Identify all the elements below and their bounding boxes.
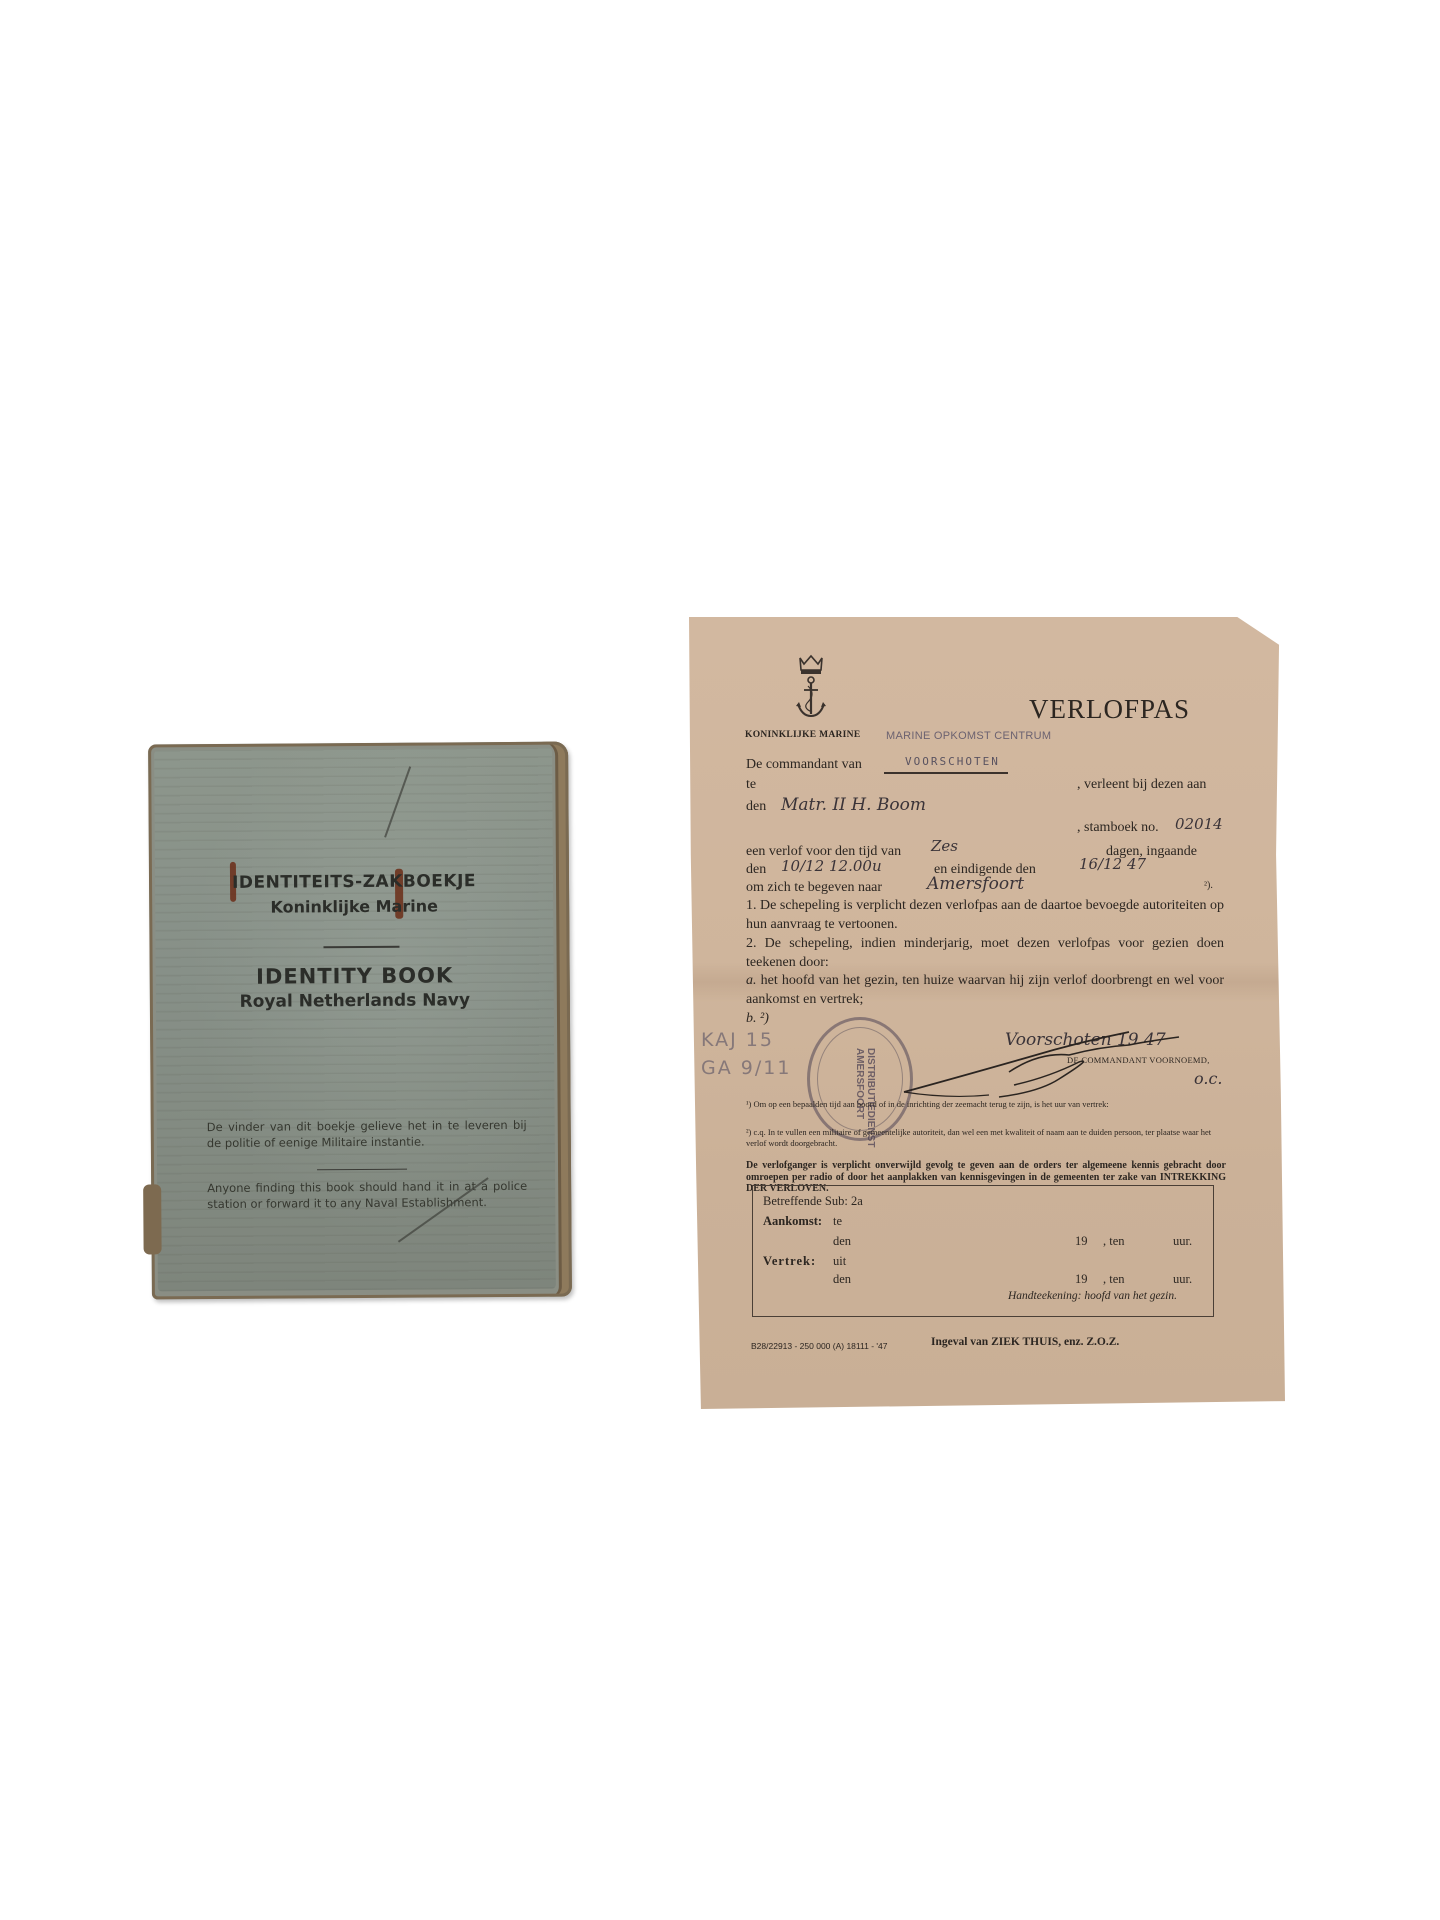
print-code: B28/22913 - 250 000 (A) 18111 - '47 bbox=[751, 1341, 887, 1351]
org-name: KONINKLIJKE MARINE bbox=[745, 730, 860, 740]
unit-stamp-line2: VOORSCHOTEN bbox=[905, 755, 1000, 768]
box-heading: Betreffende Sub: 2a bbox=[763, 1194, 863, 1209]
rule-2a-label: a. bbox=[746, 973, 757, 988]
label-den-start: den bbox=[746, 862, 766, 878]
vertrek-label: Vertrek: bbox=[763, 1254, 816, 1269]
footnote-ref: ²). bbox=[1204, 880, 1213, 891]
label-den: den bbox=[746, 799, 766, 815]
identity-book-cover: IDENTITEITS-ZAKBOEKJE Koninklijke Marine… bbox=[154, 748, 556, 1292]
label-commandant: De commandant van bbox=[746, 757, 862, 773]
aankomst-te: te bbox=[833, 1214, 842, 1229]
crown-anchor-icon bbox=[794, 652, 828, 722]
vertrek-year: 19 bbox=[1075, 1272, 1088, 1287]
document-title: VERLOFPAS bbox=[1029, 694, 1190, 725]
book-notice-nl: De vinder van dit boekje gelieve het in … bbox=[207, 1117, 527, 1151]
handwritten-name: Matr. II H. Boom bbox=[781, 795, 926, 815]
aankomst-den: den bbox=[833, 1234, 851, 1249]
label-verleent: , verleent bij dezen aan bbox=[1077, 777, 1206, 793]
rule-2a-text: het hoofd van het gezin, ten huize waarv… bbox=[746, 973, 1224, 1007]
arrival-departure-box: Betreffende Sub: 2a Aankomst: te den 19 … bbox=[752, 1185, 1214, 1317]
aankomst-ten: , ten bbox=[1103, 1234, 1125, 1249]
unit-stamp-line1: MARINE OPKOMST CENTRUM bbox=[886, 730, 1051, 742]
handwritten-stamboek-no: 02014 bbox=[1175, 815, 1223, 833]
vertrek-ten: , ten bbox=[1103, 1272, 1125, 1287]
bottom-note: Ingeval van ZIEK THUIS, enz. Z.O.Z. bbox=[931, 1336, 1119, 1348]
verlofpas-document: KONINKLIJKE MARINE VERLOFPAS MARINE OPKO… bbox=[689, 617, 1285, 1409]
label-stamboek: , stamboek no. bbox=[1077, 820, 1159, 836]
signature-caption: Handteekening: hoofd van het gezin. bbox=[1008, 1290, 1177, 1302]
handwritten-start-date: 10/12 12.00u bbox=[781, 857, 882, 875]
rule-1: 1. De schepeling is verplicht dezen verl… bbox=[746, 897, 1224, 934]
pencil-note-line2: GA 9/11 bbox=[701, 1057, 791, 1079]
label-te: te bbox=[746, 777, 756, 793]
book-subtitle-nl: Koninklijke Marine bbox=[155, 896, 553, 918]
aankomst-year: 19 bbox=[1075, 1234, 1088, 1249]
vertrek-den: den bbox=[833, 1272, 851, 1287]
handwritten-destination: Amersfoort bbox=[927, 874, 1024, 894]
divider bbox=[323, 946, 399, 949]
pencil-note-line1: KAJ 15 bbox=[701, 1029, 774, 1051]
rule-2a: a. het hoofd van het gezin, ten huize wa… bbox=[746, 972, 1224, 1009]
footnote-1: ¹) Om op een bepaalden tijd aan boord of… bbox=[746, 1099, 1226, 1110]
divider bbox=[317, 1169, 407, 1171]
book-title-nl: IDENTITEITS-ZAKBOEKJE bbox=[155, 871, 553, 894]
handwritten-duration: Zes bbox=[931, 837, 958, 855]
label-begeven: om zich te begeven naar bbox=[746, 880, 882, 896]
cover-scratch bbox=[384, 766, 411, 837]
book-title-en: IDENTITY BOOK bbox=[156, 963, 554, 990]
signature-scribble bbox=[799, 1017, 1259, 1127]
vertrek-uur: uur. bbox=[1173, 1272, 1192, 1287]
vertrek-uit: uit bbox=[833, 1254, 846, 1269]
footnote-2: ²) c.q. In te vullen een militaire of ge… bbox=[746, 1127, 1226, 1148]
torn-spine bbox=[143, 1184, 161, 1254]
book-subtitle-en: Royal Netherlands Navy bbox=[156, 990, 554, 1013]
rule-2: 2. De schepeling, indien minderjarig, mo… bbox=[746, 935, 1224, 972]
handwritten-end-date: 16/12 47 bbox=[1079, 855, 1146, 873]
identity-book: IDENTITEITS-ZAKBOEKJE Koninklijke Marine… bbox=[148, 742, 572, 1300]
fill-line bbox=[884, 772, 1008, 774]
aankomst-uur: uur. bbox=[1173, 1234, 1192, 1249]
aankomst-label: Aankomst: bbox=[763, 1214, 822, 1229]
